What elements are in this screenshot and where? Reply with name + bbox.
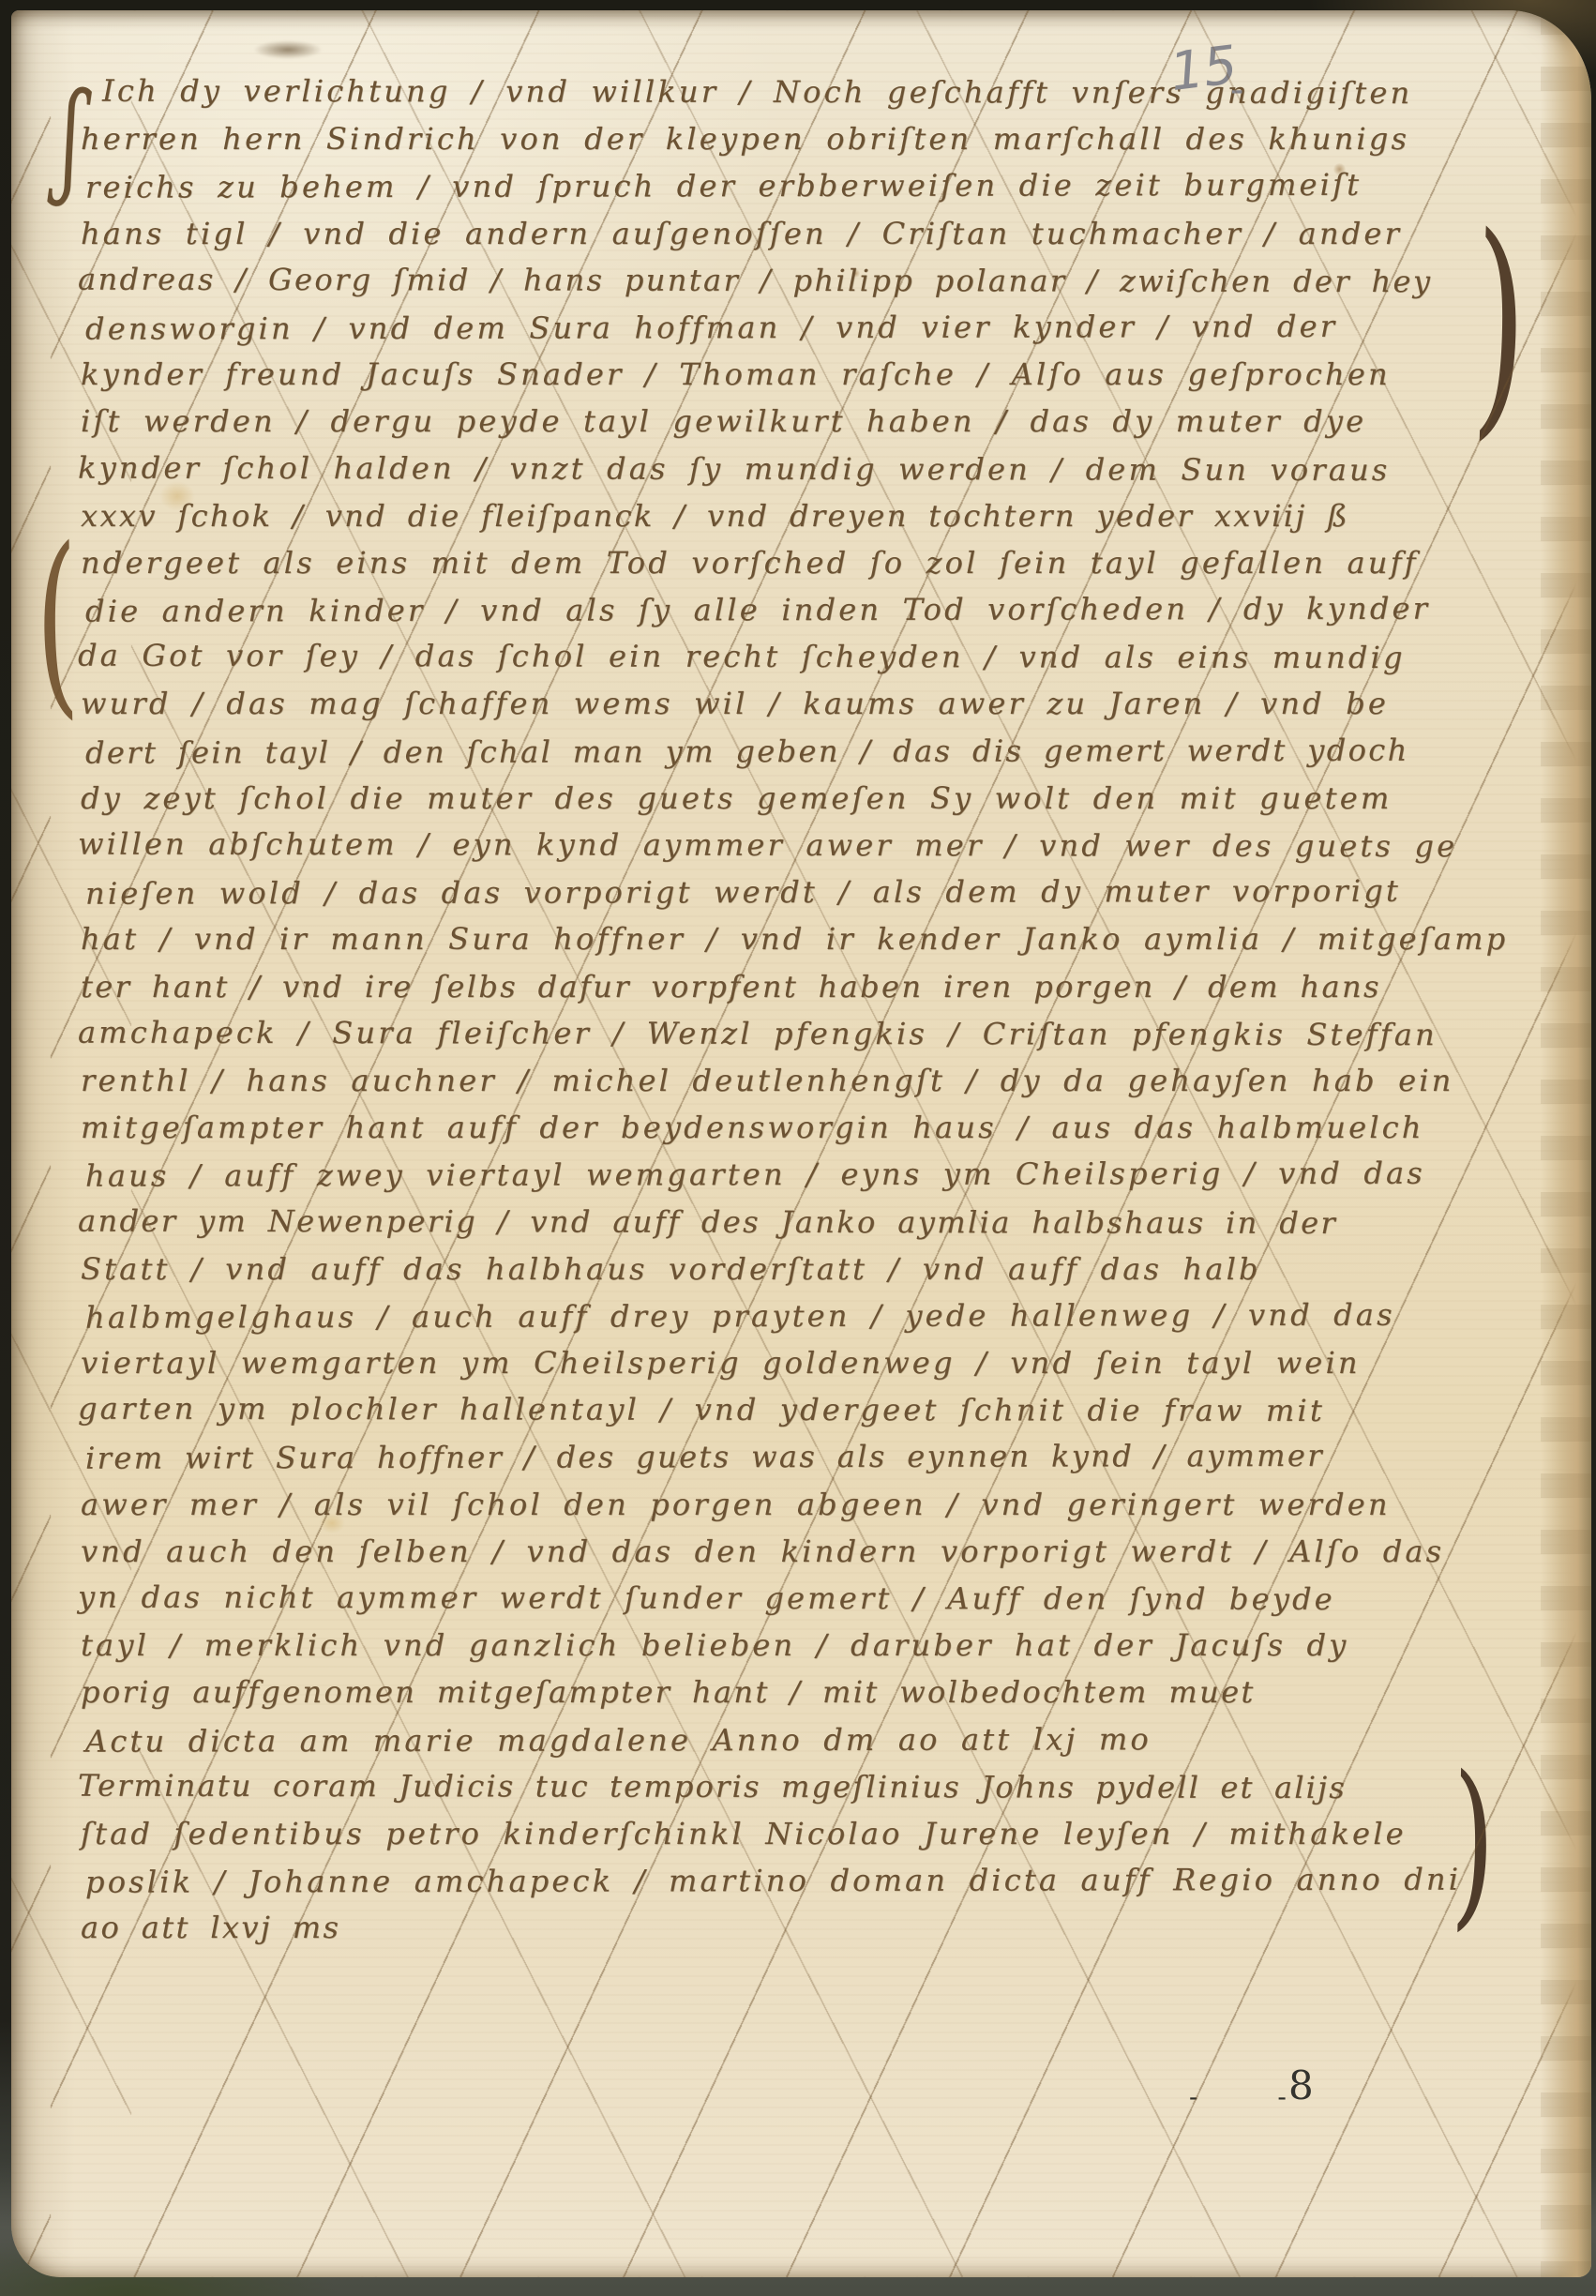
manuscript-line: xxxv ſchok / vnd die fleiſpanck / vnd dr… xyxy=(81,492,1558,539)
manuscript-line: mitgeſampter hant auff der beydensworgin… xyxy=(81,1104,1558,1151)
manuscript-line: viertayl wemgarten ym Cheilsperig golden… xyxy=(81,1339,1558,1386)
page-deckle-edge xyxy=(1541,10,1591,2277)
manuscript-line: kynder ſchol halden / vnzt das ſy mundig… xyxy=(78,444,1556,493)
margin-brace-left: ( xyxy=(34,521,81,723)
folio-number-dash: - xyxy=(1230,68,1243,112)
manuscript-line: poslik / Johanne amchapeck / martino dom… xyxy=(85,1855,1563,1905)
manuscript-line: tayl / merklich vnd ganzlich belieben / … xyxy=(81,1622,1558,1669)
manuscript-text-block: Ich dy verlichtung / vnd willkur / Noch … xyxy=(81,68,1558,1952)
manuscript-line: da Got vor ſey / das ſchol ein recht ſch… xyxy=(78,632,1556,682)
manuscript-line: Statt / vnd auff das halbhaus vorderſtat… xyxy=(81,1246,1558,1292)
manuscript-line: Terminatu coram Judicis tuc temporis mge… xyxy=(78,1761,1556,1811)
manuscript-line: ao att lxvj ms xyxy=(81,1904,1558,1951)
manuscript-line: dert ſein tayl / den ſchal man ym geben … xyxy=(85,726,1563,776)
parchment-page: ʃ Ich dy verlichtung / vnd willkur / Noc… xyxy=(11,10,1591,2277)
manuscript-line: yn das nicht aymmer werdt ſunder gemert … xyxy=(78,1574,1556,1624)
manuscript-line: die andern kinder / vnd als ſy alle inde… xyxy=(85,584,1563,634)
manuscript-line: awer mer / als vil ſchol den porgen abge… xyxy=(81,1481,1558,1528)
manuscript-line: Ich dy verlichtung / vnd willkur / Noch … xyxy=(78,68,1556,117)
manuscript-line: iſt werden / dergu peyde tayl gewilkurt … xyxy=(81,398,1558,445)
edge-smudge-stain xyxy=(253,40,323,59)
manuscript-line: irem wirt Sura hoffner / des guets was a… xyxy=(85,1432,1563,1482)
manuscript-line: nieſen wold / das das vorporigt werdt / … xyxy=(85,868,1563,917)
manuscript-scan: ʃ Ich dy verlichtung / vnd willkur / Noc… xyxy=(0,0,1596,2296)
manuscript-line: hans tigl / vnd die andern auſgenoſſen /… xyxy=(81,210,1558,257)
manuscript-line: ter hant / vnd ire ſelbs dafur vorpfent … xyxy=(81,963,1558,1010)
manuscript-line: ſtad ſedentibus petro kinderſchinkl Nico… xyxy=(81,1810,1558,1857)
manuscript-line: vnd auch den ſelben / vnd das den kinder… xyxy=(81,1528,1558,1575)
margin-brace-lower-right: ) xyxy=(1450,1753,1498,1935)
manuscript-line: ander ym Newenperig / vnd auff des Janko… xyxy=(78,1197,1556,1246)
manuscript-line: renthl / hans auchner / michel deutlenhe… xyxy=(81,1057,1558,1104)
manuscript-line: garten ym plochler hallentayl / vnd yder… xyxy=(78,1385,1556,1435)
manuscript-line: haus / auff zwey viertayl wemgarten / ey… xyxy=(85,1150,1563,1200)
manuscript-line: halbmgelghaus / auch auff drey prayten /… xyxy=(85,1291,1563,1340)
manuscript-line: willen abſchutem / eyn kynd aymmer awer … xyxy=(78,821,1556,870)
manuscript-line: wurd / das mag ſchaffen wems wil / kaums… xyxy=(81,680,1558,727)
manuscript-line: ndergeet als eins mit dem Tod vorſched ſ… xyxy=(81,539,1558,586)
manuscript-line: dy zeyt ſchol die muter des guets gemeſe… xyxy=(81,775,1558,822)
manuscript-line: Actu dicta am marie magdalene Anno dm ao… xyxy=(85,1714,1563,1764)
quire-mark-dashes: - - xyxy=(1189,2081,1322,2112)
margin-brace-upper-right: ) xyxy=(1469,205,1530,446)
manuscript-line: hat / vnd ir mann Sura hoffner / vnd ir … xyxy=(81,915,1558,962)
manuscript-line: densworgin / vnd dem Sura hoffman / vnd … xyxy=(85,302,1563,352)
manuscript-line: reichs zu behem / vnd ſpruch der erbberw… xyxy=(85,161,1563,211)
manuscript-line: porig auffgenomen mitgeſampter hant / mi… xyxy=(81,1669,1558,1715)
manuscript-line: herren hern Sindrich von der kleypen obr… xyxy=(81,115,1558,162)
manuscript-line: kynder freund Jacuſs Snader / Thoman raſ… xyxy=(81,351,1558,398)
manuscript-line: amchapeck / Sura fleiſcher / Wenzl pfeng… xyxy=(78,1008,1556,1058)
manuscript-line: andreas / Georg ſmid / hans puntar / phi… xyxy=(78,255,1556,305)
